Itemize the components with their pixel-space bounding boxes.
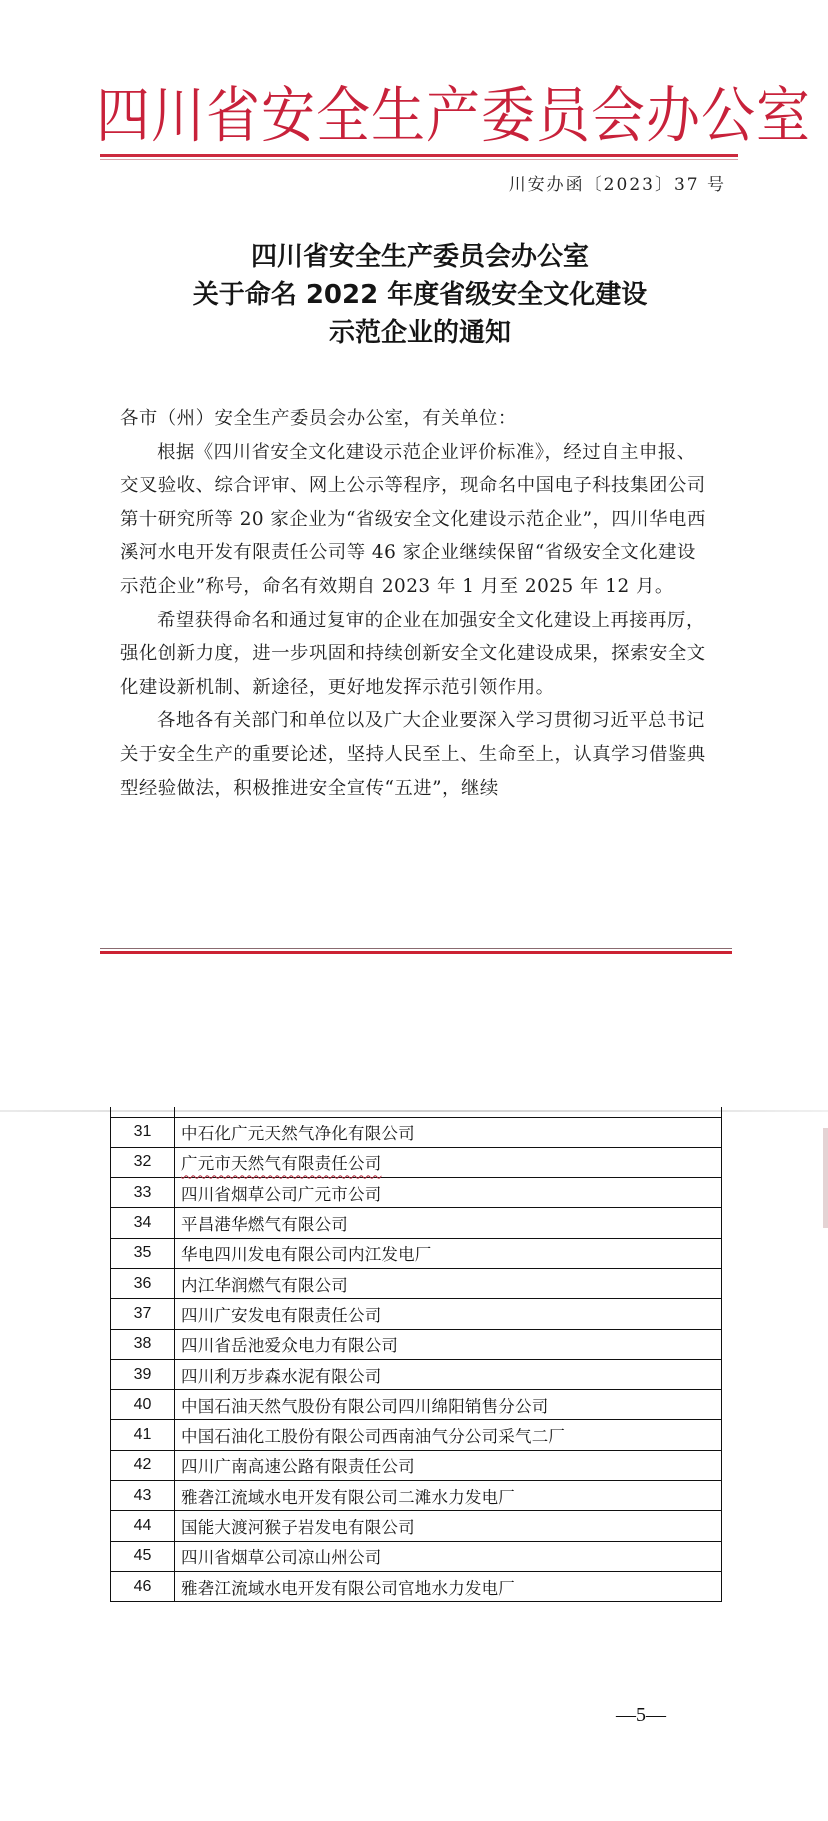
row-number: 43 (111, 1481, 175, 1511)
row-number: 40 (111, 1390, 175, 1420)
enterprise-name: 四川省烟草公司凉山州公司 (175, 1541, 722, 1571)
page-number: —5— (616, 1704, 666, 1727)
red-rule-thick (100, 951, 732, 954)
page-edge-strip (823, 1128, 828, 1228)
enterprise-name: 国能大渡河猴子岩发电有限公司 (175, 1511, 722, 1541)
table-row: 33 四川省烟草公司广元市公司 (111, 1178, 722, 1208)
title-line-3: 示范企业的通知 (100, 314, 740, 352)
table-row: 37 四川广安发电有限责任公司 (111, 1299, 722, 1329)
red-rule-thick (100, 154, 738, 157)
table-row: 40 中国石油天然气股份有限公司四川绵阳销售分公司 (111, 1390, 722, 1420)
enterprise-name: 四川利万步森水泥有限公司 (175, 1359, 722, 1389)
row-number: 34 (111, 1208, 175, 1238)
row-number: 38 (111, 1329, 175, 1359)
table-cell-number (111, 1107, 175, 1117)
enterprise-name-underlined: 广元市天然气有限责任公司 (181, 1154, 381, 1173)
table-row: 34 平昌港华燃气有限公司 (111, 1208, 722, 1238)
enterprise-name: 华电四川发电有限公司内江发电厂 (175, 1238, 722, 1268)
row-number: 33 (111, 1178, 175, 1208)
enterprise-name: 中国石油天然气股份有限公司四川绵阳销售分公司 (175, 1390, 722, 1420)
table-row: 31 中石化广元天然气净化有限公司 (111, 1117, 722, 1147)
notice-body: 各市（州）安全生产委员会办公室，有关单位： 根据《四川省安全文化建设示范企业评价… (120, 402, 710, 805)
document-title: 四川省安全生产委员会办公室 关于命名 2022 年度省级安全文化建设 示范企业的… (100, 238, 740, 352)
row-number: 39 (111, 1359, 175, 1389)
table-row: 43 雅砻江流域水电开发有限公司二滩水力发电厂 (111, 1481, 722, 1511)
table-row: 36 内江华润燃气有限公司 (111, 1268, 722, 1298)
enterprise-list-table: 31 中石化广元天然气净化有限公司 32 广元市天然气有限责任公司 33 四川省… (110, 1107, 722, 1602)
table-row: 39 四川利万步森水泥有限公司 (111, 1359, 722, 1389)
letterhead-title: 四川省安全生产委员会办公室 (96, 80, 736, 152)
enterprise-name: 内江华润燃气有限公司 (175, 1268, 722, 1298)
row-number: 45 (111, 1541, 175, 1571)
body-paragraph-2: 希望获得命名和通过复审的企业在加强安全文化建设上再接再厉，强化创新力度，进一步巩… (120, 604, 710, 705)
enterprise-name: 四川广安发电有限责任公司 (175, 1299, 722, 1329)
salutation: 各市（州）安全生产委员会办公室，有关单位： (120, 402, 710, 436)
enterprise-name: 中国石油化工股份有限公司西南油气分公司采气二厂 (175, 1420, 722, 1450)
table-cell-name (175, 1107, 722, 1117)
enterprise-name: 四川省岳池爱众电力有限公司 (175, 1329, 722, 1359)
table-row: 45 四川省烟草公司凉山州公司 (111, 1541, 722, 1571)
row-number: 35 (111, 1238, 175, 1268)
row-number: 32 (111, 1147, 175, 1177)
row-number: 31 (111, 1117, 175, 1147)
table-row: 35 华电四川发电有限公司内江发电厂 (111, 1238, 722, 1268)
enterprise-name: 四川广南高速公路有限责任公司 (175, 1450, 722, 1480)
title-line-1: 四川省安全生产委员会办公室 (100, 238, 740, 276)
enterprise-name: 雅砻江流域水电开发有限公司官地水力发电厂 (175, 1571, 722, 1601)
row-number: 46 (111, 1571, 175, 1601)
red-rule-thin (100, 159, 738, 160)
red-rule-thin (100, 948, 732, 949)
table-row: 38 四川省岳池爱众电力有限公司 (111, 1329, 722, 1359)
body-paragraph-3: 各地各有关部门和单位以及广大企业要深入学习贯彻习近平总书记关于安全生产的重要论述… (120, 704, 710, 805)
body-paragraph-1: 根据《四川省安全文化建设示范企业评价标准》，经过自主申报、交叉验收、综合评审、网… (120, 436, 710, 604)
document-number: 川安办函〔2023〕37 号 (509, 170, 726, 195)
row-number: 41 (111, 1420, 175, 1450)
row-number: 36 (111, 1268, 175, 1298)
row-number: 37 (111, 1299, 175, 1329)
title-line-2: 关于命名 2022 年度省级安全文化建设 (100, 276, 740, 314)
table-row-continuation (111, 1107, 722, 1117)
table-row: 32 广元市天然气有限责任公司 (111, 1147, 722, 1177)
enterprise-name: 平昌港华燃气有限公司 (175, 1208, 722, 1238)
letterhead-red-rule (100, 154, 738, 160)
footer-red-rule (100, 948, 732, 954)
enterprise-name: 雅砻江流域水电开发有限公司二滩水力发电厂 (175, 1481, 722, 1511)
table-row: 46 雅砻江流域水电开发有限公司官地水力发电厂 (111, 1571, 722, 1601)
enterprise-name: 四川省烟草公司广元市公司 (175, 1178, 722, 1208)
enterprise-name: 中石化广元天然气净化有限公司 (175, 1117, 722, 1147)
row-number: 42 (111, 1450, 175, 1480)
table-row: 44 国能大渡河猴子岩发电有限公司 (111, 1511, 722, 1541)
row-number: 44 (111, 1511, 175, 1541)
enterprise-name-cell: 广元市天然气有限责任公司 (175, 1147, 722, 1177)
table-row: 41 中国石油化工股份有限公司西南油气分公司采气二厂 (111, 1420, 722, 1450)
table-row: 42 四川广南高速公路有限责任公司 (111, 1450, 722, 1480)
